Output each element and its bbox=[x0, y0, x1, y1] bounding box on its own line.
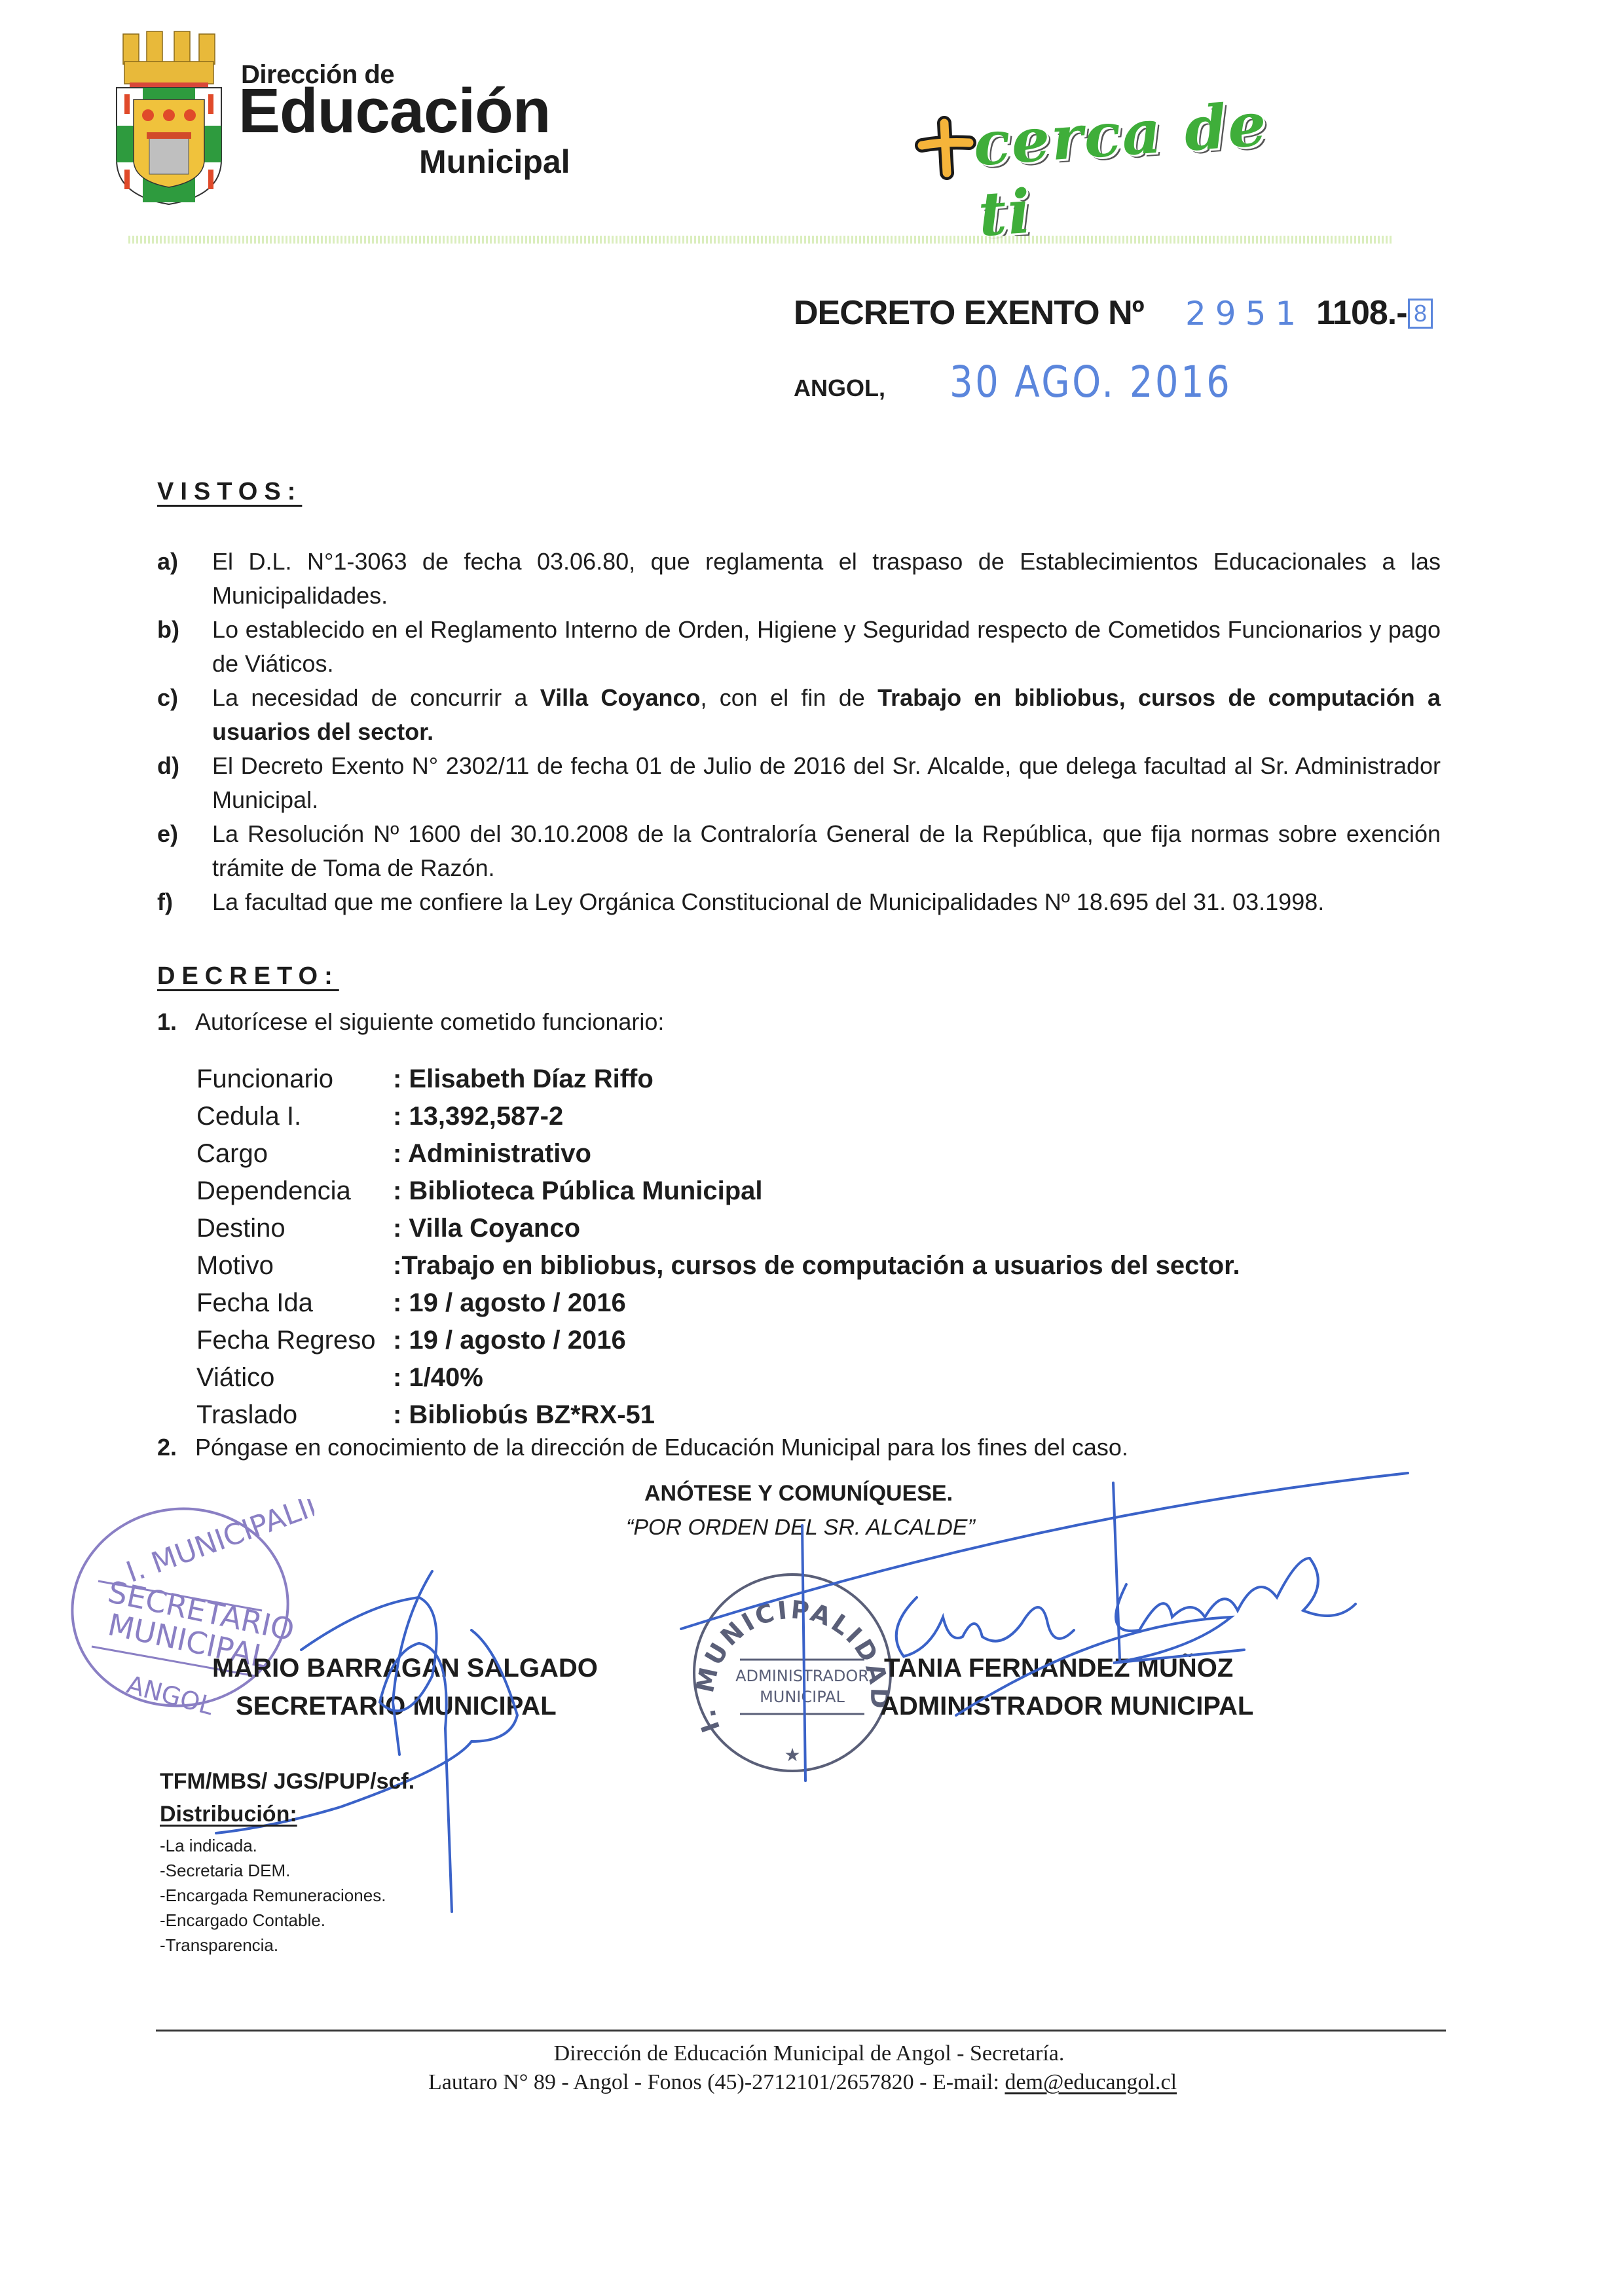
distribution-list: -La indicada. -Secretaria DEM. -Encargad… bbox=[160, 1833, 386, 1958]
footer-contact: Lautaro N° 89 - Angol - Fonos (45)-27121… bbox=[0, 2070, 1605, 2095]
distribution-item: -Encargada Remuneraciones. bbox=[160, 1883, 386, 1908]
distribution-item: -Secretaria DEM. bbox=[160, 1858, 386, 1883]
initials-reference: TFM/MBS/ JGS/PUP/scf. bbox=[160, 1769, 415, 1795]
footer-organization: Dirección de Educación Municipal de Ango… bbox=[0, 2041, 1605, 2066]
distribution-heading: Distribución: bbox=[160, 1802, 297, 1827]
footer-address: Lautaro N° 89 - Angol - Fonos (45)-27121… bbox=[428, 2070, 1005, 2094]
footer-email-link[interactable]: dem@educangol.cl bbox=[1005, 2070, 1177, 2094]
distribution-item: -La indicada. bbox=[160, 1833, 386, 1858]
footer-divider bbox=[156, 2030, 1446, 2032]
distribution-item: -Encargado Contable. bbox=[160, 1908, 386, 1933]
distribution-item: -Transparencia. bbox=[160, 1933, 386, 1958]
